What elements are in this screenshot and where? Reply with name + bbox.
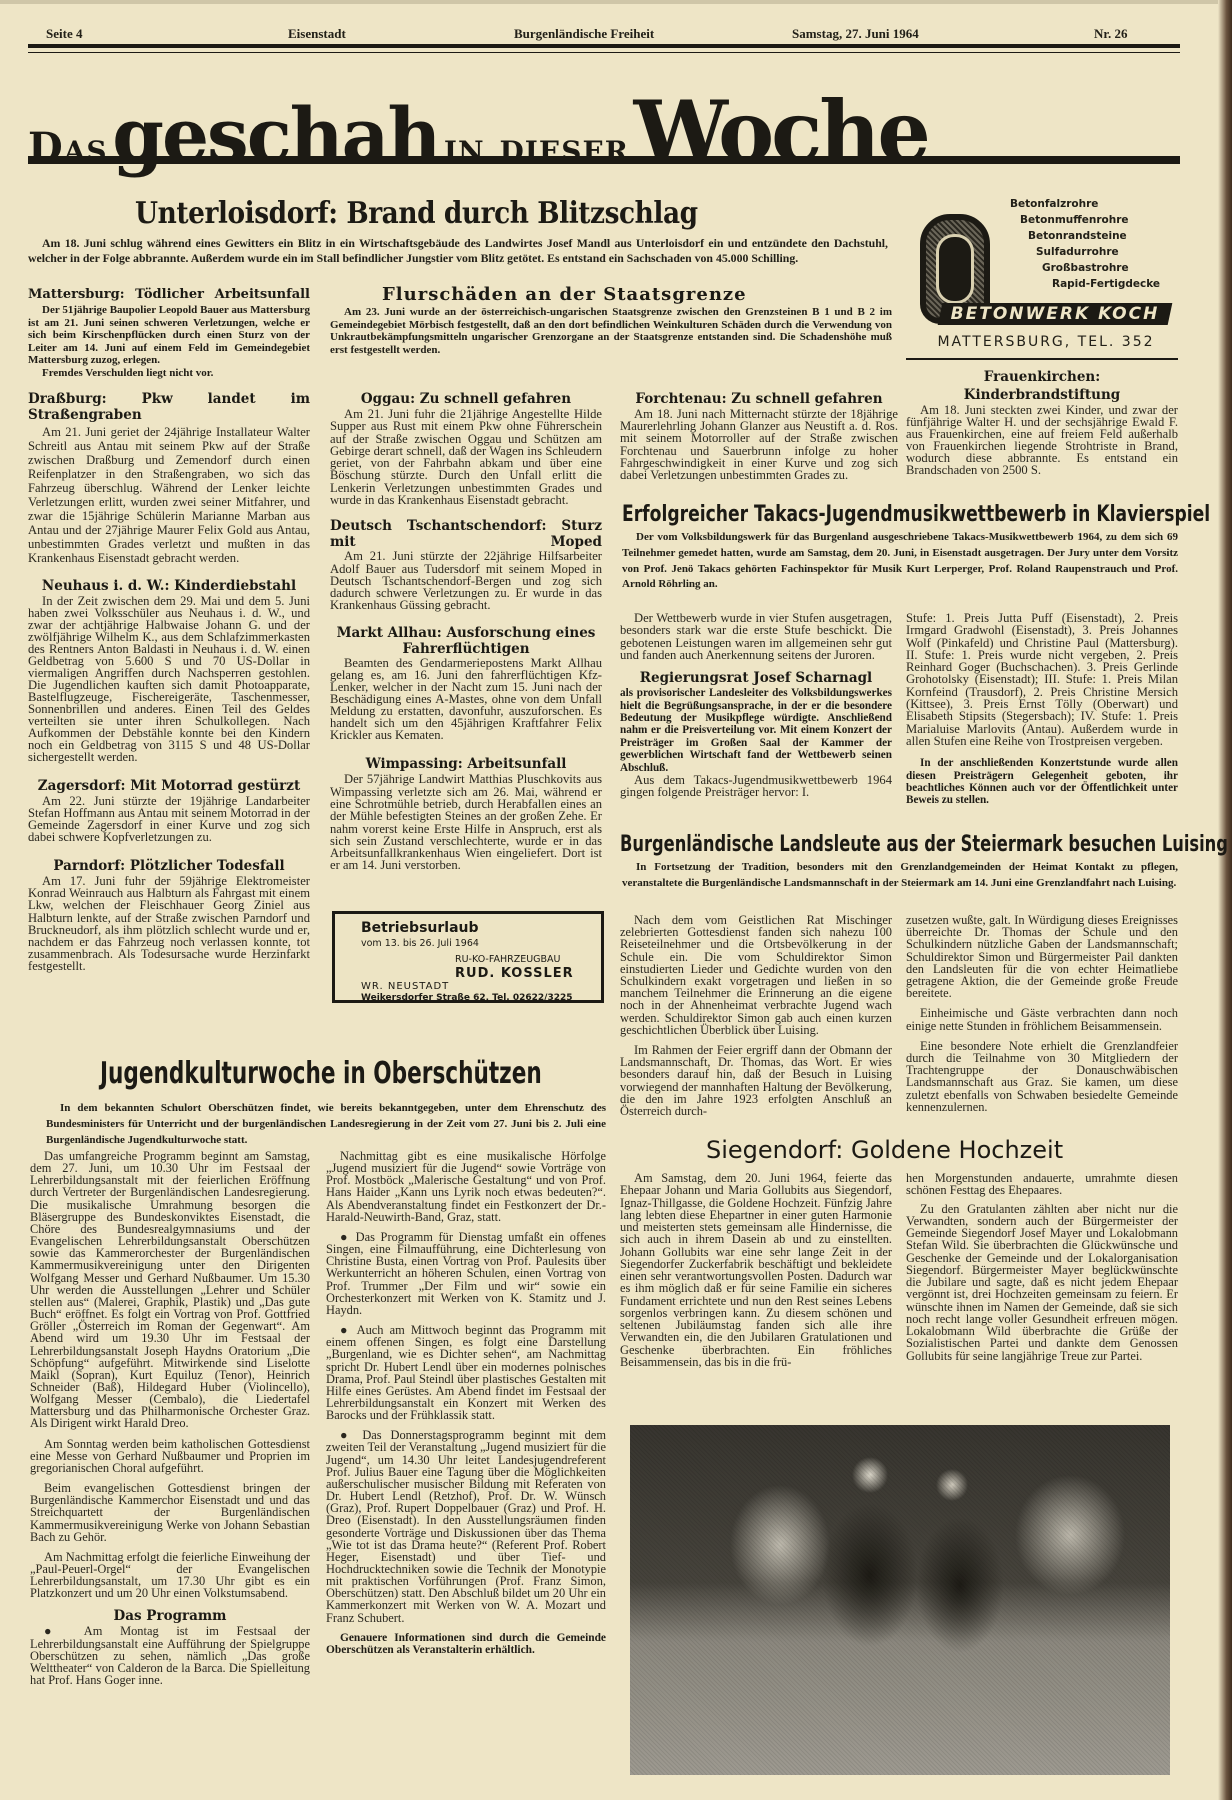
ad-product: Betonfalzrohre: [1010, 196, 1160, 212]
ad-betonwerk-koch: Betonfalzrohre Betonmuffenrohre Betonran…: [916, 196, 1176, 356]
jugendkultur-c1p5: Am Montag ist im Festsaal der Lehrerbild…: [30, 1625, 310, 1686]
jugendkultur-c2p4: Das Donnerstagsprogramm beginnt mit dem …: [326, 1429, 606, 1624]
jugendkultur-headline: Jugendkulturwoche in Oberschützen: [100, 1056, 542, 1091]
takacs-col-b: Stufe: 1. Preis Jutta Puff (Eisenstadt),…: [906, 612, 1178, 807]
wimpassing-headline: Wimpassing: Arbeitsunfall: [330, 755, 602, 773]
siegendorf-p2: hen Morgenstunden andauerte, umrahmte di…: [906, 1172, 1178, 1197]
jugendkultur-c2p2: Das Programm für Dienstag umfaßt ein off…: [326, 1231, 606, 1316]
ad-dates: vom 13. bis 26. Juli 1964: [361, 938, 479, 949]
page-top-edge: [0, 0, 1232, 4]
takacs-text2: als provisorischer Landesleiter des Volk…: [620, 687, 892, 774]
luising-p1: Nach dem vom Geistlichen Rat Mischinger …: [620, 914, 892, 1036]
lead-headline: Unterloisdorf: Brand durch Blitzschlag: [135, 196, 698, 231]
ad-product: Sulfadurrohre: [1010, 244, 1160, 260]
issue-date: Samstag, 27. Juni 1964: [792, 26, 919, 42]
jugendkultur-c1p1: Das umfangreiche Programm beginnt am Sam…: [30, 1150, 310, 1430]
luising-p2: Im Rahmen der Feier ergriff dann der Obm…: [620, 1044, 892, 1117]
jugendkultur-c2p5: Genauere Informationen sind durch die Ge…: [326, 1632, 606, 1657]
forchtenau-headline: Forchtenau: Zu schnell gefahren: [620, 390, 898, 408]
forchtenau-article: Forchtenau: Zu schnell gefahren Am 18. J…: [620, 390, 898, 481]
markt-allhau-headline: Markt Allhau: Ausforschung eines Fahrerf…: [330, 625, 602, 657]
oggau-text: Am 21. Juni fuhr die 21jährige Angestell…: [330, 408, 602, 506]
section-masthead: Das geschah in dieser Woche: [28, 82, 1178, 152]
golden-wedding-photo: [630, 1425, 1170, 1775]
flurschaeden-headline: Flurschäden an der Staatsgrenze: [382, 284, 747, 305]
takacs-subhead: Regierungsrat Josef Scharnagl: [620, 669, 892, 687]
masthead-rule: [28, 156, 1180, 164]
ad-product: Betonrandsteine: [1010, 228, 1160, 244]
jugendkultur-lead: In dem bekannten Schulort Oberschützen f…: [46, 1101, 606, 1148]
ad-company: RUD. KOSSLER: [455, 966, 574, 981]
takacs-text4: Stufe: 1. Preis Jutta Puff (Eisenstadt),…: [906, 612, 1178, 747]
jugendkultur-c2p3: Auch am Mittwoch beginnt das Programm mi…: [326, 1324, 606, 1421]
siegendorf-headline: Siegendorf: Goldene Hochzeit: [706, 1136, 1063, 1164]
drassburg-text: Am 21. Juni geriet der 24jährige Install…: [28, 425, 310, 565]
ad-rud-kossler: Betriebsurlaub vom 13. bis 26. Juli 1964…: [332, 911, 604, 1003]
frauenkirchen-text: Am 18. Juni steckten zwei Kinder, und zw…: [906, 404, 1178, 477]
page-binding-edge: [1218, 0, 1232, 1800]
jugendkultur-c1p3: Beim evangelischen Gottesdienst bringen …: [30, 1482, 310, 1543]
ad-company-line: RU-KO-FAHRZEUGBAU: [455, 954, 561, 965]
jugendkultur-col-a: Das umfangreiche Programm beginnt am Sam…: [30, 1150, 310, 1686]
ad-product: Großbastrohre: [1010, 260, 1160, 276]
mattersburg-headline: Mattersburg: Tödlicher Arbeitsunfall: [28, 286, 310, 304]
takacs-text5: In der anschließenden Konzertstunde wurd…: [906, 757, 1178, 807]
siegendorf-col-b: hen Morgenstunden andauerte, umrahmte di…: [906, 1172, 1178, 1362]
tschantschendorf-text: Am 21. Juni stürzte der 22jährige Hilfsa…: [330, 550, 602, 611]
drassburg-headline: Draßburg: Pkw landet im Straßengraben: [28, 391, 310, 423]
takacs-col-a: Der Wettbewerb wurde in vier Stufen ausg…: [620, 612, 892, 799]
parndorf-text: Am 17. Juni fuhr der 59jährige Elektrome…: [28, 875, 310, 973]
ad-contact: MATTERSBURG, TEL. 352: [916, 334, 1176, 350]
siegendorf-col-a: Am Samstag, dem 20. Juni 1964, feierte d…: [620, 1172, 892, 1368]
neuhaus-text: In der Zeit zwischen dem 29. Mai und dem…: [28, 595, 310, 763]
col1-news: Mattersburg: Tödlicher Arbeitsunfall Der…: [28, 286, 310, 973]
ad-brand: BETONWERK KOCH: [940, 303, 1170, 325]
takacs-lead: Der vom Volksbildungswerk für das Burgen…: [622, 530, 1178, 593]
jugendkultur-col-b: Nachmittag gibt es eine musikalische Hör…: [326, 1150, 606, 1656]
page-header: Seite 4 Eisenstadt Burgenländische Freih…: [12, 22, 1182, 46]
masthead-woche: Woche: [634, 82, 928, 181]
header-location: Eisenstadt: [288, 26, 346, 42]
lead-text: Am 18. Juni schlug während eines Gewitte…: [28, 236, 888, 265]
mattersburg-text: Der 51jährige Baupolier Leopold Bauer au…: [28, 304, 310, 367]
header-rule-thin: [28, 52, 1180, 53]
ad-city: WR. NEUSTADT: [361, 981, 449, 992]
frauenkirchen-article: Frauenkirchen: Kinderbrandstiftung Am 18…: [906, 368, 1178, 477]
header-rule: [28, 44, 1180, 48]
parndorf-headline: Parndorf: Plötzlicher Todesfall: [28, 857, 310, 875]
neuhaus-headline: Neuhaus i. d. W.: Kinderdiebstahl: [28, 577, 310, 595]
siegendorf-p1: Am Samstag, dem 20. Juni 1964, feierte d…: [620, 1172, 892, 1368]
issue-number: Nr. 26: [1094, 26, 1127, 42]
luising-p4: Einheimische und Gäste verbrachten dann …: [906, 1007, 1178, 1031]
takacs-headline: Erfolgreicher Takacs-Jugendmusikwettbewe…: [622, 502, 1210, 527]
page-number: Seite 4: [46, 26, 82, 42]
ad-product: Betonmuffenrohre: [1010, 212, 1160, 228]
jugendkultur-c1p4: Am Nachmittag erfolgt die feierliche Ein…: [30, 1551, 310, 1600]
luising-headline: Burgenländische Landsleute aus der Steie…: [620, 832, 1228, 857]
ad-brand-banner: BETONWERK KOCH: [938, 303, 1173, 325]
siegendorf-p3: Zu den Gratulanten zählten aber nicht nu…: [906, 1203, 1178, 1362]
forchtenau-text: Am 18. Juni nach Mitternacht stürzte der…: [620, 408, 898, 481]
wimpassing-text: Der 57jährige Landwirt Matthias Pluschko…: [330, 773, 602, 871]
luising-p5: Eine besondere Note erhielt die Grenzlan…: [906, 1040, 1178, 1113]
zagersdorf-text: Am 22. Juni stürzte der 19jährige Landar…: [28, 795, 310, 843]
col2-news: Oggau: Zu schnell gefahren Am 21. Juni f…: [330, 390, 602, 872]
ad-rule: [906, 358, 1178, 360]
luising-col-b: zusetzen wußte, galt. In Würdigung diese…: [906, 914, 1178, 1113]
luising-lead: In Fortsetzung der Tradition, besonders …: [622, 860, 1178, 892]
zagersdorf-headline: Zagersdorf: Mit Motorrad gestürzt: [28, 777, 310, 795]
jugendkultur-c1p2: Am Sonntag werden beim katholischen Gott…: [30, 1438, 310, 1474]
newspaper-name: Burgenländische Freiheit: [514, 26, 654, 42]
luising-col-a: Nach dem vom Geistlichen Rat Mischinger …: [620, 914, 892, 1117]
frauenkirchen-headline: Frauenkirchen: Kinderbrandstiftung: [906, 368, 1178, 404]
luising-p3: zusetzen wußte, galt. In Würdigung diese…: [906, 914, 1178, 999]
mattersburg-text2: Fremdes Verschulden liegt nicht vor.: [28, 367, 310, 380]
flurschaeden-text: Am 23. Juni wurde an der österreichisch-…: [330, 306, 892, 356]
masthead-geschah: geschah: [112, 93, 439, 179]
takacs-text1: Der Wettbewerb wurde in vier Stufen ausg…: [620, 612, 892, 661]
ad-product-list: Betonfalzrohre Betonmuffenrohre Betonran…: [1010, 196, 1160, 292]
jugendkultur-c2p1: Nachmittag gibt es eine musikalische Hör…: [326, 1150, 606, 1223]
markt-allhau-text: Beamten des Gendarmeriepostens Markt All…: [330, 657, 602, 741]
takacs-text3: Aus dem Takacs-Jugendmusikwettbewerb 196…: [620, 774, 892, 799]
ad-address: Weikersdorfer Straße 62, Tel. 02622/3225: [361, 993, 573, 1003]
oggau-headline: Oggau: Zu schnell gefahren: [330, 390, 602, 408]
tschantschendorf-headline: Deutsch Tschantschendorf: Sturz mit Mope…: [330, 518, 602, 550]
ad-title: Betriebsurlaub: [361, 920, 479, 936]
ad-product: Rapid-Fertigdecke: [1010, 276, 1160, 292]
program-subhead: Das Programm: [30, 1607, 310, 1625]
